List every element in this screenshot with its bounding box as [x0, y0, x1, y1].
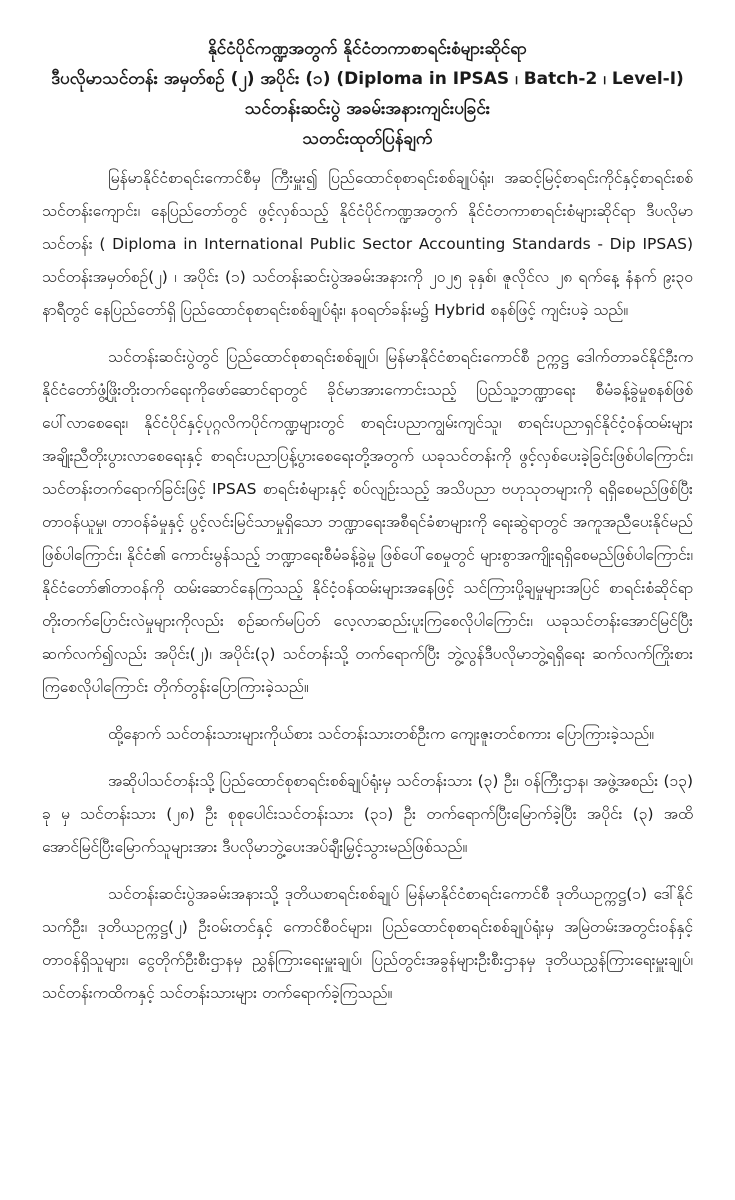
document-title: နိုင်ငံပိုင်ကဏ္ဍအတွက် နိုင်ငံတကာစာရင်းစံ… [42, 34, 693, 154]
paragraph-attendees: သင်တန်းဆင်းပွဲအခမ်းအနားသို့ ဒုတိယစာရင်းစ… [42, 878, 693, 1010]
title-line-organization: နိုင်ငံပိုင်ကဏ္ဍအတွက် နိုင်ငံတကာစာရင်းစံ… [42, 34, 693, 64]
document-body: မြန်မာနိုင်ငံစာရင်းကောင်စီမှ ကြီးမှူး၍ ပ… [42, 162, 693, 1010]
title-line-ceremony: သင်တန်းဆင်းပွဲ အခမ်းအနားကျင်းပခြင်း [42, 94, 693, 124]
paragraph-attendance-numbers: အဆိုပါသင်တန်းသို့ ပြည်ထောင်စုစာရင်းစစ်ချ… [42, 765, 693, 864]
title-line-course: ဒီပလိုမာသင်တန်း အမှတ်စဉ် (၂) အပိုင်း (၁)… [42, 64, 693, 94]
document-page: နိုင်ငံပိုင်ကဏ္ဍအတွက် နိုင်ငံတကာစာရင်းစံ… [0, 0, 735, 1200]
title-line-press-release: သတင်းထုတ်ပြန်ချက် [42, 124, 693, 154]
paragraph-chairman-speech: သင်တန်းဆင်းပွဲတွင် ပြည်ထောင်စုစာရင်းစစ်ခ… [42, 341, 693, 704]
paragraph-event-overview: မြန်မာနိုင်ငံစာရင်းကောင်စီမှ ကြီးမှူး၍ ပ… [42, 162, 693, 327]
paragraph-student-thanks: ထို့နောက် သင်တန်းသားများကိုယ်စား သင်တန်း… [42, 718, 693, 751]
